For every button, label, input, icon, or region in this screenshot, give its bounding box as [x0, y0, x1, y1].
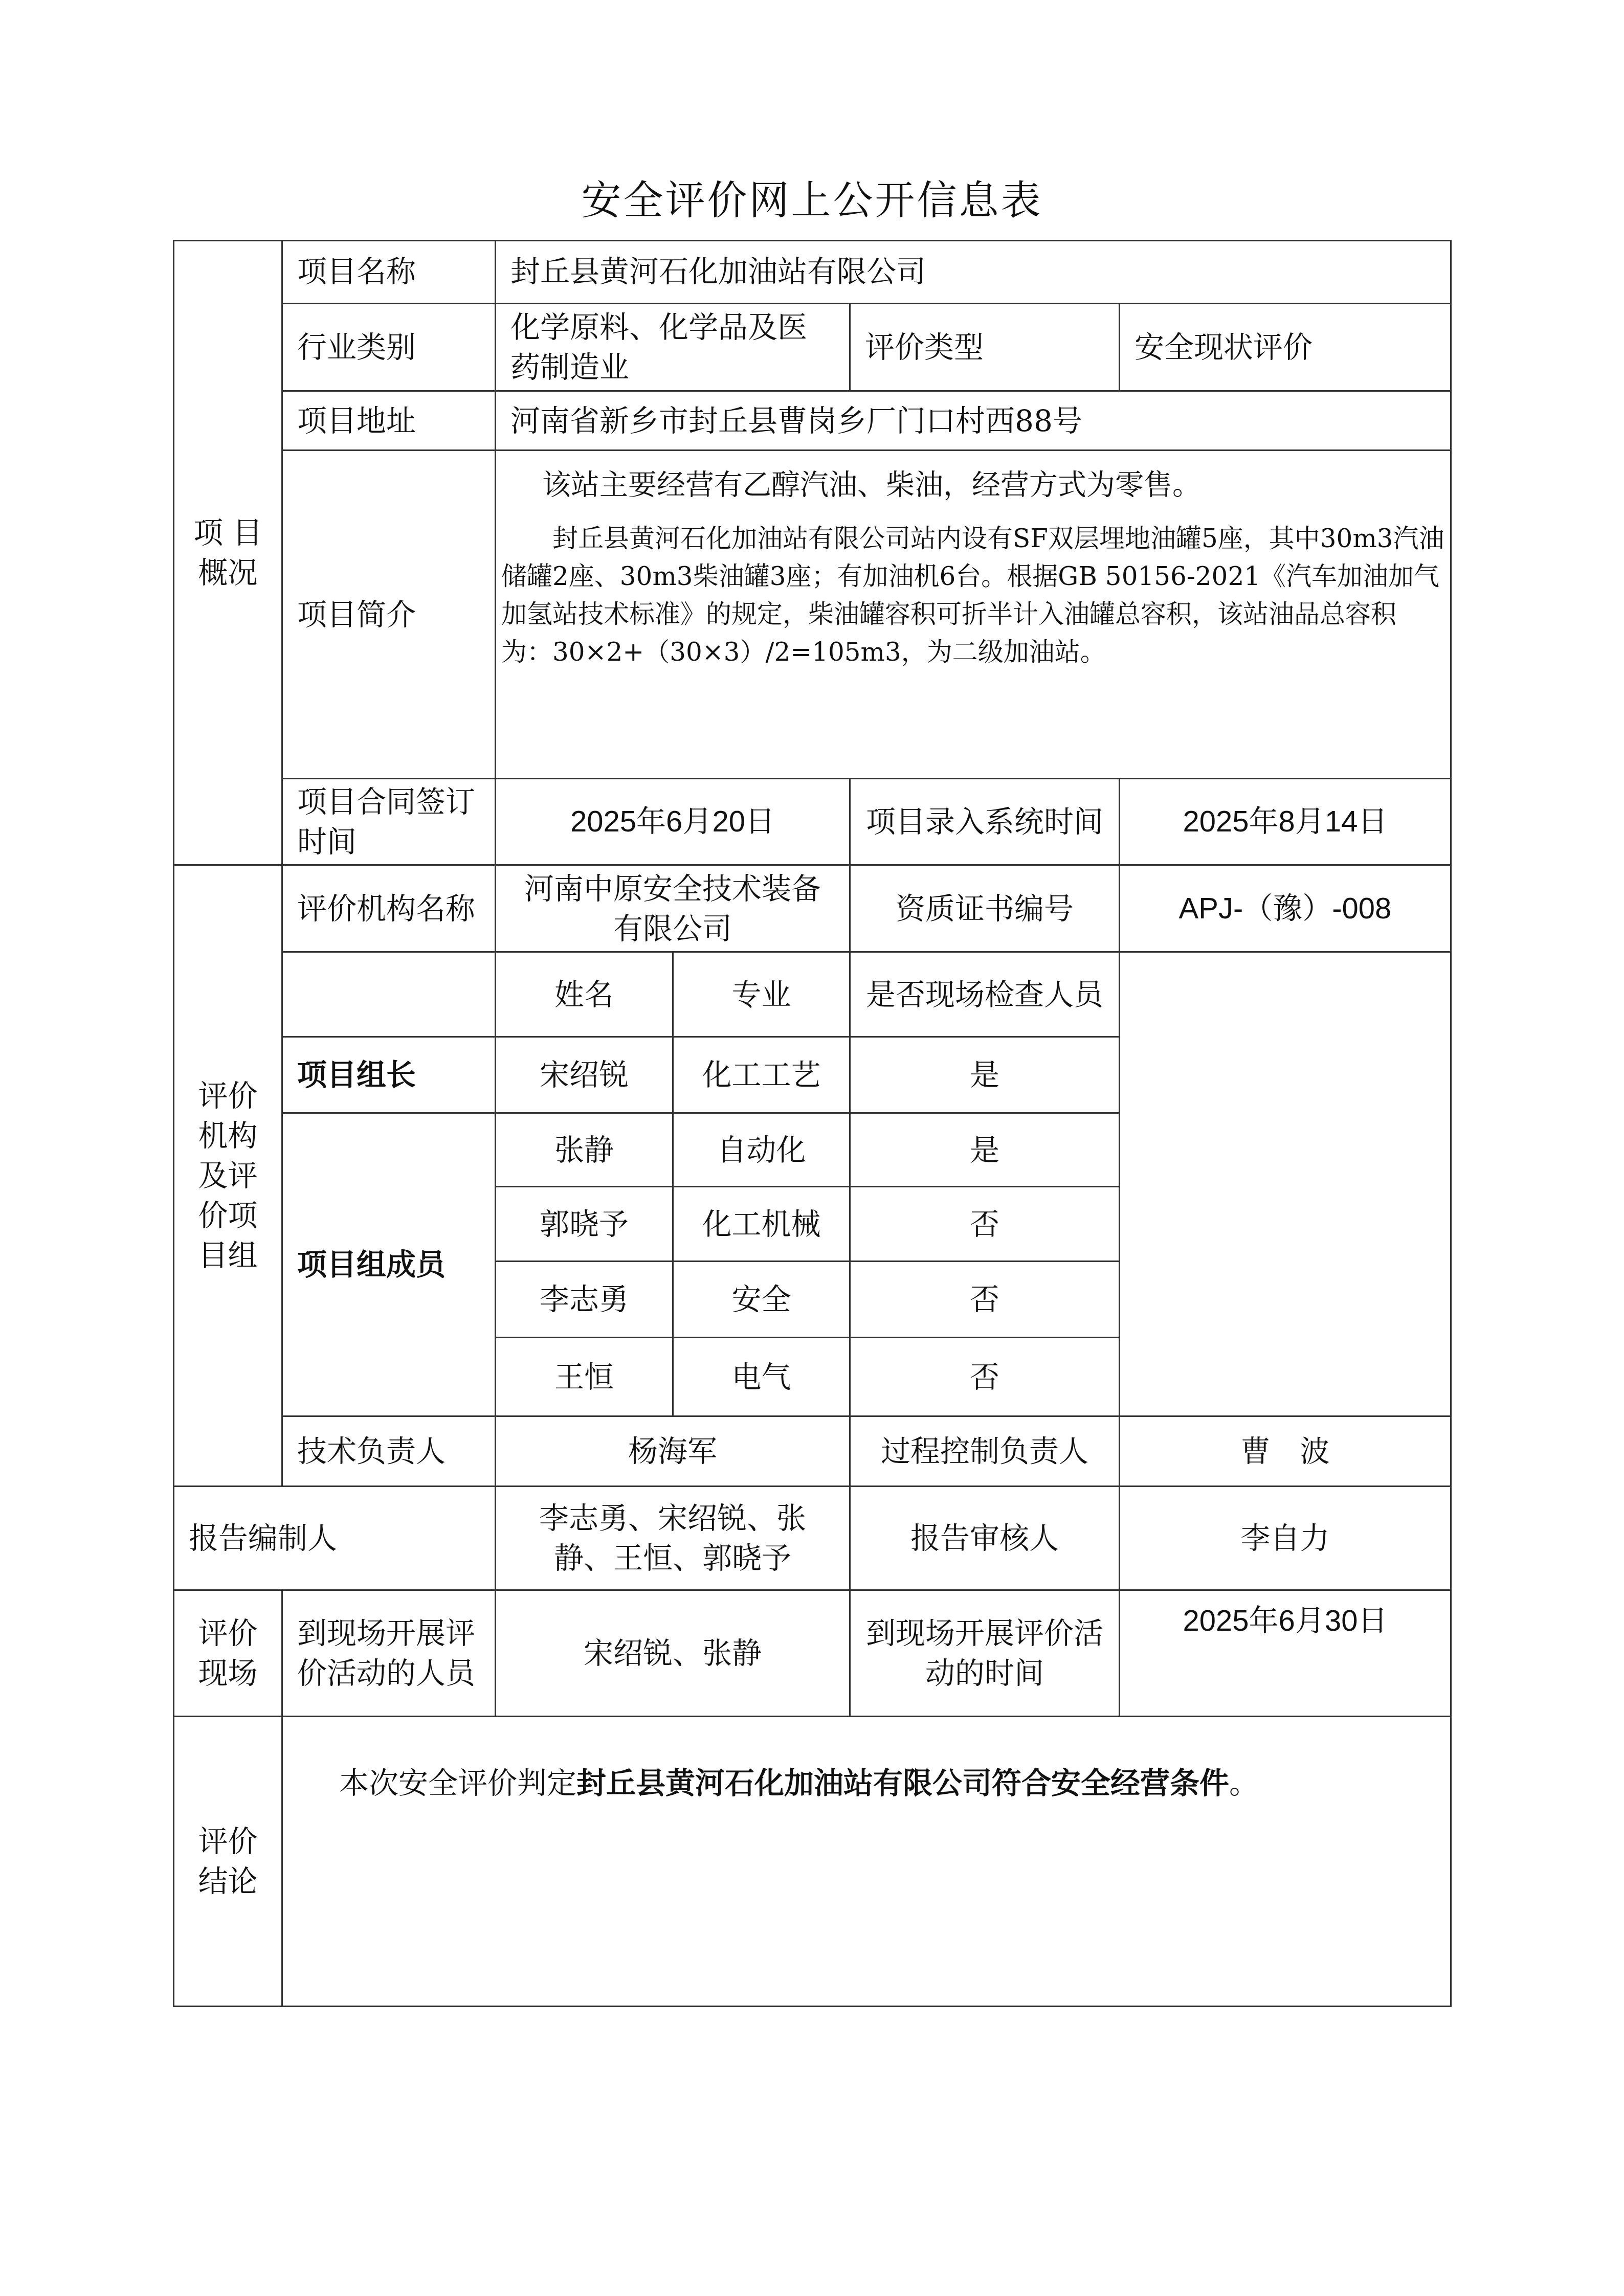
member-name: 王恒: [496, 1338, 673, 1416]
team-blank-cell: [1120, 952, 1451, 1416]
row-project-name: 项 目概况 项目名称 封丘县黄河石化加油站有限公司: [174, 241, 1451, 304]
conclusion-prefix: 本次安全评价判定: [339, 1766, 576, 1800]
project-name-label: 项目名称: [282, 241, 496, 304]
industry-value: 化学原料、化学品及医药制造业: [496, 304, 850, 391]
org-name-value: 河南中原安全技术装备有限公司: [496, 865, 850, 952]
member-onsite: 是: [850, 1113, 1120, 1187]
row-site: 评价现场 到现场开展评价活动的人员 宋绍锐、张静 到现场开展评价活动的时间 20…: [174, 1590, 1451, 1717]
site-staff-label: 到现场开展评价活动的人员: [282, 1590, 496, 1717]
members-label: 项目组成员: [282, 1113, 496, 1416]
member-onsite: 否: [850, 1187, 1120, 1262]
address-label: 项目地址: [282, 391, 496, 451]
row-org: 评价机构及评价项目组 评价机构名称 河南中原安全技术装备有限公司 资质证书编号 …: [174, 865, 1451, 952]
row-report: 报告编制人 李志勇、宋绍锐、张静、王恒、郭晓予 报告审核人 李自力: [174, 1487, 1451, 1590]
site-time-value: 2025年6月30日: [1120, 1590, 1451, 1717]
entry-date-label: 项目录入系统时间: [850, 779, 1120, 865]
process-lead-label: 过程控制负责人: [850, 1416, 1120, 1487]
contract-date-value: 2025年6月20日: [496, 779, 850, 865]
eval-type-value: 安全现状评价: [1120, 304, 1451, 391]
member-major: 电气: [673, 1338, 850, 1416]
intro-content: 该站主要经营有乙醇汽油、柴油，经营方式为零售。 封丘县黄河石化加油站有限公司站内…: [496, 451, 1451, 779]
header-name: 姓名: [496, 952, 673, 1037]
leader-label: 项目组长: [282, 1037, 496, 1113]
site-staff-value: 宋绍锐、张静: [496, 1590, 850, 1717]
row-industry: 行业类别 化学原料、化学品及医药制造业 评价类型 安全现状评价: [174, 304, 1451, 391]
intro-label: 项目简介: [282, 451, 496, 779]
entry-date-value: 2025年8月14日: [1120, 779, 1451, 865]
leader-name: 宋绍锐: [496, 1037, 673, 1113]
row-address: 项目地址 河南省新乡市封丘县曹岗乡厂门口村西88号: [174, 391, 1451, 451]
conclusion-bold-text: 封丘县黄河石化加油站有限公司符合安全经营条件: [576, 1766, 1229, 1800]
report-reviewer-label: 报告审核人: [850, 1487, 1120, 1590]
section-conclusion: 评价结论: [174, 1717, 282, 2007]
member-onsite: 否: [850, 1338, 1120, 1416]
report-author-label: 报告编制人: [174, 1487, 496, 1590]
member-name: 李志勇: [496, 1262, 673, 1338]
leader-major: 化工工艺: [673, 1037, 850, 1113]
section-evaluation-org: 评价机构及评价项目组: [174, 865, 282, 1487]
site-time-label: 到现场开展评价活动的时间: [850, 1590, 1120, 1717]
contract-date-label: 项目合同签订时间: [282, 779, 496, 865]
row-team-headers: 姓名 专业 是否现场检查人员: [174, 952, 1451, 1037]
org-name-label: 评价机构名称: [282, 865, 496, 952]
tech-lead-value: 杨海军: [496, 1416, 850, 1487]
row-leads: 技术负责人 杨海军 过程控制负责人 曹 波: [174, 1416, 1451, 1487]
conclusion-content: 本次安全评价判定封丘县黄河石化加油站有限公司符合安全经营条件。: [282, 1717, 1451, 2007]
member-onsite: 否: [850, 1262, 1120, 1338]
project-name-value: 封丘县黄河石化加油站有限公司: [496, 241, 1451, 304]
member-major: 化工机械: [673, 1187, 850, 1262]
leader-onsite: 是: [850, 1037, 1120, 1113]
member-major: 安全: [673, 1262, 850, 1338]
row-dates: 项目合同签订时间 2025年6月20日 项目录入系统时间 2025年8月14日: [174, 779, 1451, 865]
tech-lead-label: 技术负责人: [282, 1416, 496, 1487]
header-onsite: 是否现场检查人员: [850, 952, 1120, 1037]
industry-label: 行业类别: [282, 304, 496, 391]
conclusion-suffix: 。: [1229, 1766, 1259, 1800]
member-name: 郭晓予: [496, 1187, 673, 1262]
member-major: 自动化: [673, 1113, 850, 1187]
section-site: 评价现场: [174, 1590, 282, 1717]
section-project-overview: 项 目概况: [174, 241, 282, 865]
row-intro: 项目简介 该站主要经营有乙醇汽油、柴油，经营方式为零售。 封丘县黄河石化加油站有…: [174, 451, 1451, 779]
address-value: 河南省新乡市封丘县曹岗乡厂门口村西88号: [496, 391, 1451, 451]
intro-paragraph-1: 该站主要经营有乙醇汽油、柴油，经营方式为零售。: [501, 466, 1445, 504]
process-lead-value: 曹 波: [1120, 1416, 1451, 1487]
header-major: 专业: [673, 952, 850, 1037]
team-header-empty: [282, 952, 496, 1037]
intro-paragraph-2: 封丘县黄河石化加油站有限公司站内设有SF双层埋地油罐5座，其中30m3汽油储罐2…: [501, 520, 1445, 671]
cert-label: 资质证书编号: [850, 865, 1120, 952]
member-name: 张静: [496, 1113, 673, 1187]
eval-type-label: 评价类型: [850, 304, 1120, 391]
row-conclusion: 评价结论 本次安全评价判定封丘县黄河石化加油站有限公司符合安全经营条件。: [174, 1717, 1451, 2007]
document-title: 安全评价网上公开信息表: [0, 169, 1624, 226]
report-author-value: 李志勇、宋绍锐、张静、王恒、郭晓予: [496, 1487, 850, 1590]
report-reviewer-value: 李自力: [1120, 1487, 1451, 1590]
cert-value: APJ-（豫）-008: [1120, 865, 1451, 952]
info-table: 项 目概况 项目名称 封丘县黄河石化加油站有限公司 行业类别 化学原料、化学品及…: [173, 240, 1452, 2007]
